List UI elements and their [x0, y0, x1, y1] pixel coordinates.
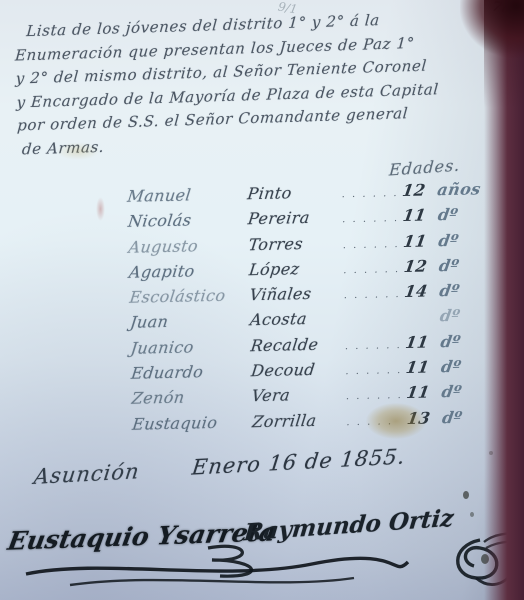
- ditto-mark: dº: [425, 230, 486, 250]
- age-value: 14: [396, 282, 429, 302]
- ditto-mark: dº: [427, 331, 488, 351]
- book-binding-edge: [484, 0, 524, 600]
- age-unit: años: [424, 179, 485, 199]
- surname: Recalde: [250, 334, 346, 355]
- first-name: Escolástico: [129, 285, 251, 307]
- surname: Acosta: [249, 309, 345, 330]
- first-name: Augusto: [128, 235, 250, 257]
- ditto-mark: dº: [426, 255, 487, 275]
- place-name: Asunción: [33, 459, 141, 489]
- surname: Vera: [251, 385, 347, 406]
- first-name: Manuel: [126, 184, 248, 206]
- first-name: Eustaquio: [131, 412, 253, 434]
- surname: Viñales: [249, 283, 345, 304]
- ages-column-header: Edades.: [388, 155, 461, 179]
- age-value: 11: [395, 206, 428, 226]
- paper-stain: [366, 403, 426, 439]
- dotted-leader: . . . . . . .: [342, 213, 396, 225]
- surname: Decoud: [250, 359, 346, 380]
- ditto-mark: dº: [427, 306, 488, 326]
- surname: Torres: [247, 233, 343, 254]
- dotted-leader: [344, 323, 398, 324]
- dotted-leader: . . . . . . .: [341, 188, 395, 200]
- paper-smudge: [96, 197, 105, 221]
- names-list: Manuel Pinto . . . . . . . 12 años Nicol…: [127, 179, 488, 439]
- ditto-mark: dº: [428, 356, 489, 376]
- age-value: 12: [396, 256, 429, 276]
- date-line: Enero 16 de 1855.: [191, 444, 407, 479]
- surname: Zorrilla: [251, 410, 347, 431]
- age-value: 11: [395, 231, 428, 251]
- paper-speck: [470, 512, 474, 517]
- surname: Pinto: [246, 182, 342, 203]
- dotted-leader: . . . . . . . .: [343, 239, 397, 251]
- paper-speck: [463, 491, 469, 499]
- surname: López: [248, 258, 344, 279]
- age-value: 11: [397, 332, 430, 352]
- first-name: Nicolás: [127, 210, 249, 232]
- surname: Pereira: [247, 208, 343, 229]
- age-value: 11: [398, 358, 431, 378]
- signature-flourish-left: [12, 552, 412, 600]
- dotted-leader: . . . . . .: [345, 340, 399, 352]
- dotted-leader: . . . . . .: [343, 264, 397, 276]
- ditto-mark: dº: [429, 407, 490, 427]
- dotted-leader: . . . . . . .: [345, 365, 399, 377]
- first-name: Juan: [129, 311, 251, 333]
- binding-corner-shadow: [460, 0, 524, 58]
- document-heading: Lista de los jóvenes del distrito 1° y 2…: [14, 6, 496, 162]
- first-name: Agapito: [128, 260, 250, 282]
- first-name: Eduardo: [130, 361, 252, 383]
- age-value: 12: [394, 180, 427, 200]
- ditto-mark: dº: [425, 205, 486, 225]
- dotted-leader: . . . . . .: [344, 289, 398, 301]
- paper-discoloration: [56, 142, 100, 160]
- signature-left: Eustaquio Ysarreta: [6, 517, 279, 556]
- age-value: 11: [398, 383, 431, 403]
- dotted-leader: . . . . . . . .: [346, 390, 400, 402]
- first-name: Juanico: [130, 336, 252, 358]
- age-value: [398, 322, 428, 323]
- manuscript-page: 9/1 7a Lista de los jóvenes del distrito…: [0, 0, 524, 600]
- ditto-mark: dº: [428, 382, 489, 402]
- first-name: Zenón: [131, 387, 253, 409]
- signature-right: Raymundo Ortiz: [243, 505, 455, 547]
- ditto-mark: dº: [426, 280, 487, 300]
